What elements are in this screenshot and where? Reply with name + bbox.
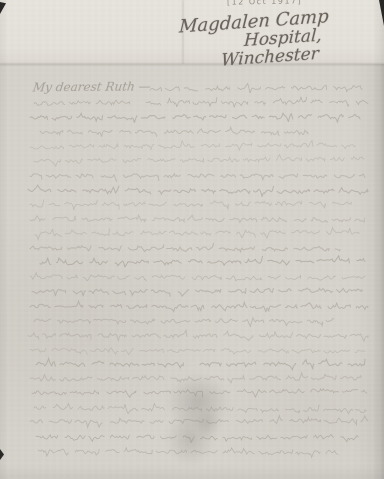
body-line [30,174,365,182]
body-line [28,185,368,197]
body-line [40,127,308,136]
handwriting-lines [0,0,384,479]
body-line [30,200,351,210]
body-line [30,348,365,355]
body-line [35,227,359,239]
body-line [30,416,368,427]
body-line [150,84,362,94]
body-line [30,140,355,150]
body-line [30,243,340,251]
body-line [36,359,365,370]
body-line [34,318,334,327]
body-line [30,113,360,122]
body-line [30,301,368,312]
body-line [34,97,368,108]
body-line [32,288,362,296]
body-line [28,330,368,341]
body-line [40,256,365,267]
body-line [30,215,365,222]
body-line [36,435,358,443]
body-line [34,155,364,167]
body-line [30,273,365,281]
body-line [38,448,338,457]
body-line [32,389,367,398]
letter-scan-page: [12 Oct 1917] Magdalen Camp Hospital, Wi… [0,0,384,479]
body-line [34,404,366,414]
body-line [30,373,361,383]
